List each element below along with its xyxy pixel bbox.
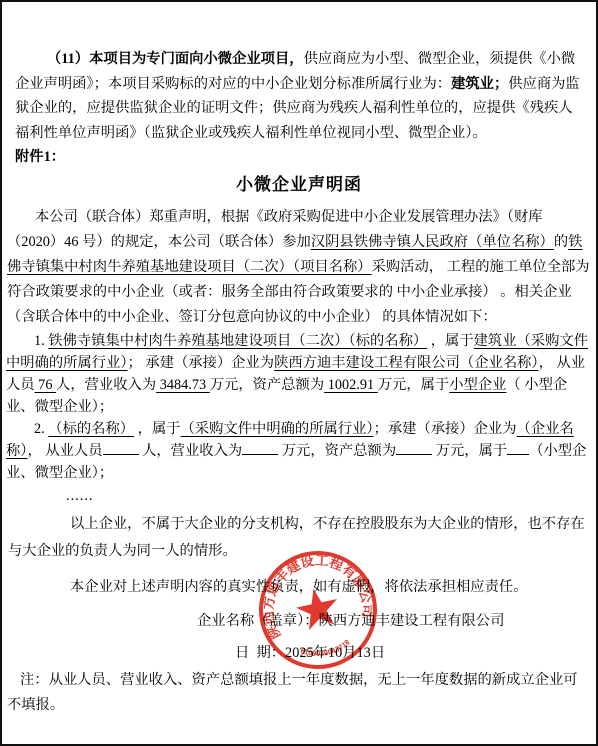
item-2-assets-blank-field xyxy=(396,441,432,455)
item-2-text-6: 万元，属于 xyxy=(432,443,507,459)
intro-paragraph: （11）本项目为专门面向小微企业项目，供应商应为小型、微型企业，须提供《小微企业… xyxy=(15,47,586,145)
page-title: 小微企业声明函 xyxy=(2,172,596,198)
item-1-assets-value: 1002.91 xyxy=(324,377,378,393)
item-1-text-1: ，属于 xyxy=(427,333,473,349)
item-1-text-5: 万元，资产总额为 xyxy=(210,377,324,393)
item-2-text-1: ，属于 xyxy=(134,421,180,437)
intro-bold-industry: 建筑业； xyxy=(451,76,508,92)
declaration-paragraph: 本公司（联合体）郑重声明，根据《政府采购促进中小企业发展管理办法》（财库（202… xyxy=(7,205,590,330)
declare-purchaser-name: 汉阴县铁佛寺镇人民政府（单位名称） xyxy=(311,234,554,250)
item-2-employees-blank-field xyxy=(103,441,139,455)
item-1-employees-value: 76 xyxy=(35,377,56,393)
responsibility-paragraph: 本企业对上述声明内容的真实性负责，如有虚假，将依法承担相应责任。 xyxy=(8,574,588,600)
no-big-enterprise-paragraph: 以上企业，不属于大企业的分支机构，不存在控股股东为大企业的情形，也不存在与大企业… xyxy=(8,511,588,564)
item-1-revenue-value: 3484.73 xyxy=(156,377,210,393)
item-2-text-2: ；承建（承接）企业为 xyxy=(374,421,517,437)
declare-text-2: 的 xyxy=(554,234,568,250)
company-signature-line: 企业名称（盖章）：陕西方迪丰建设工程有限公司 xyxy=(197,612,596,630)
item-1-text-4: 人，营业收入为 xyxy=(56,377,156,393)
item-2-industry-placeholder: （采购文件中明确的所属行业） xyxy=(181,421,374,437)
footnote: 注：从业人员、营业收入、资产总额填报上一年度数据，无上一年度数据的新成立企业可不… xyxy=(7,668,588,718)
document-page: （11）本项目为专门面向小微企业项目，供应商应为小型、微型企业，须提供《小微企业… xyxy=(0,0,598,746)
item-2-paragraph: 2. （标的名称） ，属于（采购文件中明确的所属行业）；承建（承接）企业为（企业… xyxy=(6,418,590,484)
item-2-text-4: 人，营业收入为 xyxy=(139,443,243,459)
item-2-number: 2. xyxy=(34,421,48,437)
item-2-type-blank-field xyxy=(507,441,529,455)
intro-bold-lead: （11）本项目为专门面向小微企业项目， xyxy=(47,51,304,67)
attachment-label: 附件1： xyxy=(15,145,596,170)
item-1-company-name: 陕西方迪丰建设工程有限公司（企业名称） xyxy=(274,355,539,371)
date-value: 2025年10月13日 xyxy=(285,645,385,661)
date-line: 日 期：2025年10月13日 xyxy=(235,644,596,662)
item-1-paragraph: 1. 铁佛寺镇集中村肉牛养殖基地建设项目（二次）（标的名称） ，属于建筑业（采购… xyxy=(6,330,590,418)
item-1-text-6: 万元，属于 xyxy=(378,377,449,393)
item-1-number: 1. xyxy=(34,333,48,349)
company-signature-label: 企业名称（盖章）： xyxy=(197,613,319,629)
item-1-text-2: ； 承建（承接）企业为 xyxy=(128,355,275,371)
company-signature-value: 陕西方迪丰建设工程有限公司 xyxy=(319,613,505,629)
ellipsis-line: ...... xyxy=(66,486,596,506)
item-2-text-5: 万元，资产总额为 xyxy=(278,443,396,459)
item-2-revenue-blank-field xyxy=(242,441,278,455)
item-1-subject-name: 铁佛寺镇集中村肉牛养殖基地建设项目（二次）（标的名称） xyxy=(48,333,427,349)
item-1-enterprise-type: 小型企业 xyxy=(449,377,506,393)
item-2-text-3: ， 从业人员 xyxy=(27,443,102,459)
item-2-subject-placeholder: （标的名称） xyxy=(48,421,134,437)
date-label: 日 期： xyxy=(235,645,285,661)
